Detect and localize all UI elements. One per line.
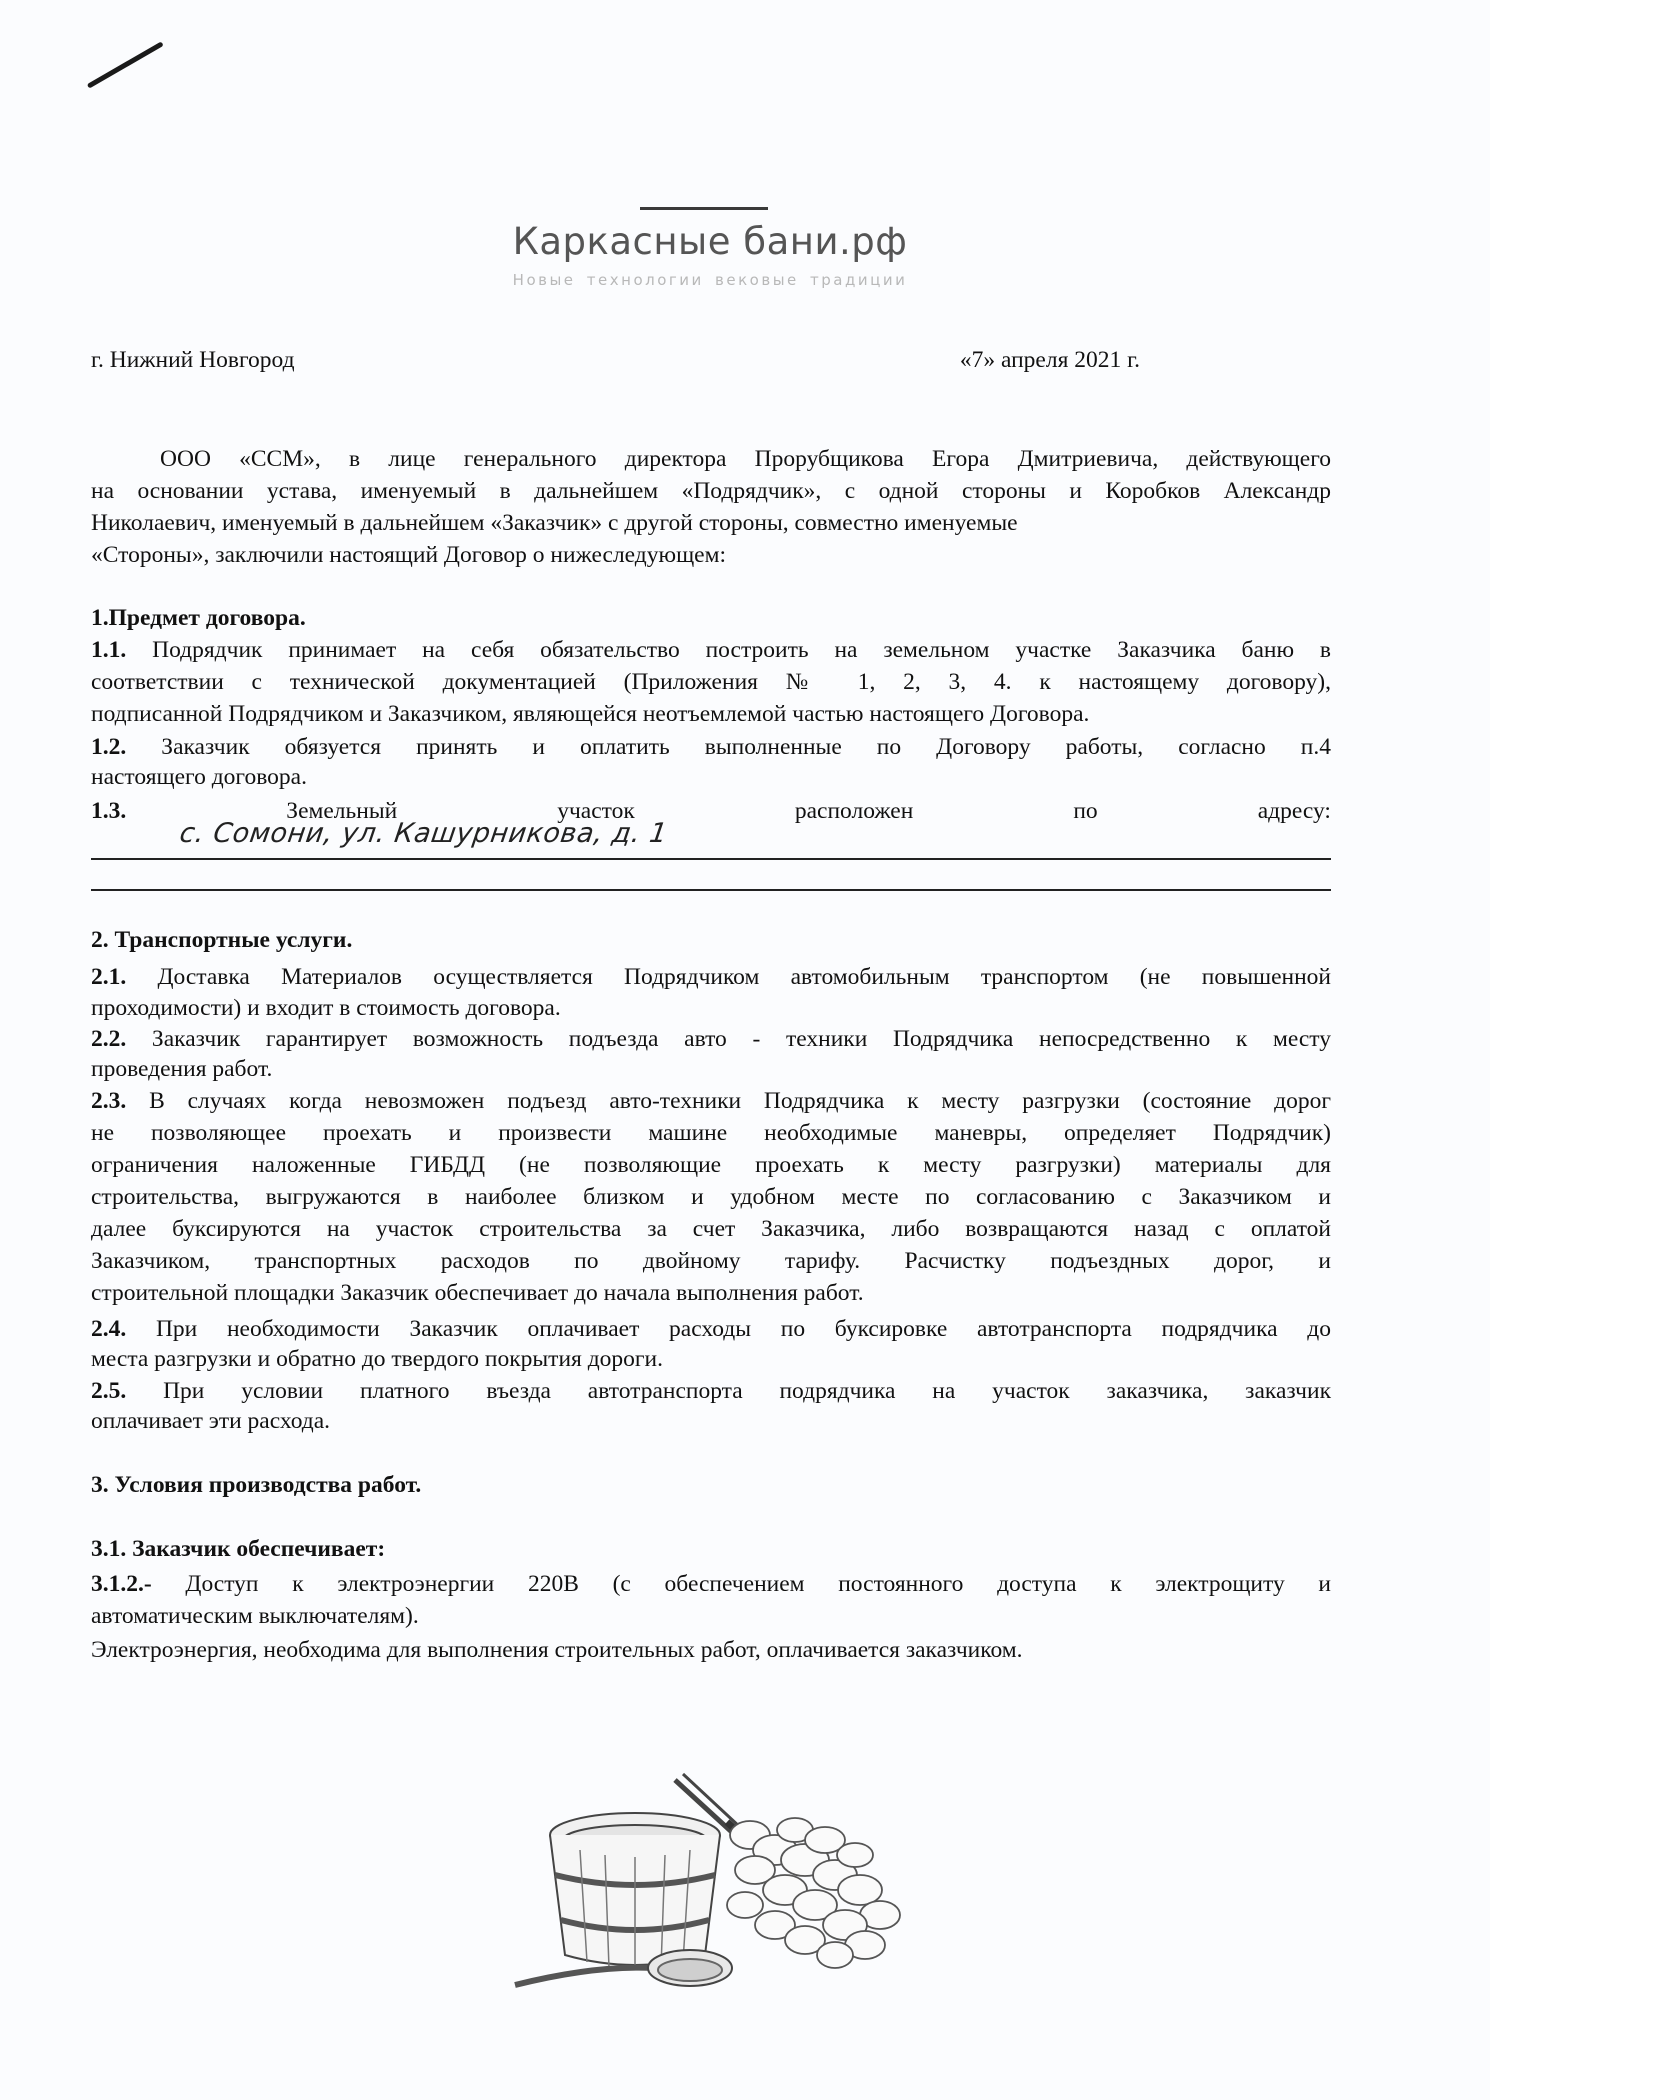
clause-2-3-line: не позволяющее проехать и произвести маш… xyxy=(91,1118,1331,1148)
handwritten-address: с. Сомони, ул. Кашурникова, д. 1 xyxy=(178,818,670,849)
clause-number: 1.1. xyxy=(91,637,126,663)
clause-2-1-line: 2.1. Доставка Материалов осуществляется … xyxy=(91,962,1331,992)
clause-3-1-2-line: автоматическим выключателям). xyxy=(91,1601,1331,1631)
clause-number: 2.2. xyxy=(91,1026,126,1052)
clause-1-1-line: подписанной Подрядчиком и Заказчиком, яв… xyxy=(91,699,1331,729)
clause-2-3-line: Заказчиком, транспортных расходов по дво… xyxy=(91,1246,1331,1276)
clause-2-3-line: строительства, выгружаются в наиболее бл… xyxy=(91,1182,1331,1212)
sub-heading: 3.1. Заказчик обеспечивает: xyxy=(91,1534,1331,1564)
clause-1-2-line: 1.2. Заказчик обязуется принять и оплати… xyxy=(91,732,1331,762)
logo-tagline: Новые технологии вековые традиции xyxy=(440,271,980,289)
clause-2-4-line: 2.4. При необходимости Заказчик оплачива… xyxy=(91,1314,1331,1344)
clause-number: 1.3. xyxy=(91,796,126,826)
clause-text: Заказчик обязуется принять и оплатить вы… xyxy=(126,734,1331,760)
clause-text: Заказчик гарантирует возможность подъезд… xyxy=(126,1026,1331,1052)
clause-1-2-line: настоящего договора. xyxy=(91,762,1331,792)
preamble-line: на основании устава, именуемый в дальней… xyxy=(91,476,1331,506)
section-heading: 2. Транспортные услуги. xyxy=(91,925,1331,955)
clause-word: расположен xyxy=(795,796,913,826)
clause-2-4-line: места разгрузки и обратно до твердого по… xyxy=(91,1344,1331,1374)
clause-text: Доставка Материалов осуществляется Подря… xyxy=(126,964,1331,990)
clause-text: Подрядчик принимает на себя обязательств… xyxy=(126,637,1331,663)
preamble-line: ООО «ССМ», в лице генерального директора… xyxy=(91,444,1331,474)
clause-text: При условии платного въезда автотранспор… xyxy=(126,1378,1331,1404)
clause-text: При необходимости Заказчик оплачивает ра… xyxy=(126,1316,1331,1342)
contract-date: «7» апреля 2021 г. xyxy=(960,345,1140,375)
clause-2-3-line: ограничения наложенные ГИБДД (не позволя… xyxy=(91,1150,1331,1180)
pen-stroke-mark xyxy=(87,41,164,88)
clause-1-1-line: 1.1. Подрядчик принимает на себя обязате… xyxy=(91,635,1331,665)
electricity-note: Электроэнергия, необходима для выполнени… xyxy=(91,1635,1331,1665)
clause-2-2-line: 2.2. Заказчик гарантирует возможность по… xyxy=(91,1024,1331,1054)
clause-2-5-line: 2.5. При условии платного въезда автотра… xyxy=(91,1376,1331,1406)
section-heading: 3. Условия производства работ. xyxy=(91,1470,1331,1500)
clause-number: 2.5. xyxy=(91,1378,126,1404)
clause-2-3-line: строительной площадки Заказчик обеспечив… xyxy=(91,1278,1331,1308)
logo-title: Каркасные бани.рф xyxy=(440,220,980,263)
preamble-line: «Стороны», заключили настоящий Договор о… xyxy=(91,540,1331,570)
preamble-line: Николаевич, именуемый в дальнейшем «Зака… xyxy=(91,508,1331,538)
clause-number: 1.2. xyxy=(91,734,126,760)
clause-word: адресу: xyxy=(1258,796,1331,826)
clause-number: 2.1. xyxy=(91,964,126,990)
bath-bucket-ladle-broom-icon xyxy=(495,1740,925,2000)
clause-2-3-line: 2.3. В случаях когда невозможен подъезд … xyxy=(91,1086,1331,1116)
document-page: Каркасные бани.рф Новые технологии веков… xyxy=(0,0,1490,2100)
clause-number: 3.1.2.- xyxy=(91,1571,152,1597)
clause-1-1-line: соответствии с технической документацией… xyxy=(91,667,1331,697)
clause-2-1-line: проходимости) и входит в стоимость догов… xyxy=(91,993,1331,1023)
clause-text: В случаях когда невозможен подъезд авто-… xyxy=(126,1088,1331,1114)
clause-number: 2.4. xyxy=(91,1316,126,1342)
address-underline xyxy=(91,889,1331,891)
clause-2-2-line: проведения работ. xyxy=(91,1054,1331,1084)
clause-2-5-line: оплачивает эти расхода. xyxy=(91,1406,1331,1436)
clause-3-1-2-line: 3.1.2.- Доступ к электроэнергии 220В (с … xyxy=(91,1569,1331,1599)
clause-2-3-line: далее буксируются на участок строительст… xyxy=(91,1214,1331,1244)
city: г. Нижний Новгород xyxy=(91,345,1331,375)
section-heading: 1.Предмет договора. xyxy=(91,603,1331,633)
clause-text: Доступ к электроэнергии 220В (с обеспече… xyxy=(152,1571,1331,1597)
clause-word: по xyxy=(1073,796,1097,826)
address-underline xyxy=(91,858,1331,860)
logo-divider xyxy=(640,207,768,210)
clause-number: 2.3. xyxy=(91,1088,126,1114)
